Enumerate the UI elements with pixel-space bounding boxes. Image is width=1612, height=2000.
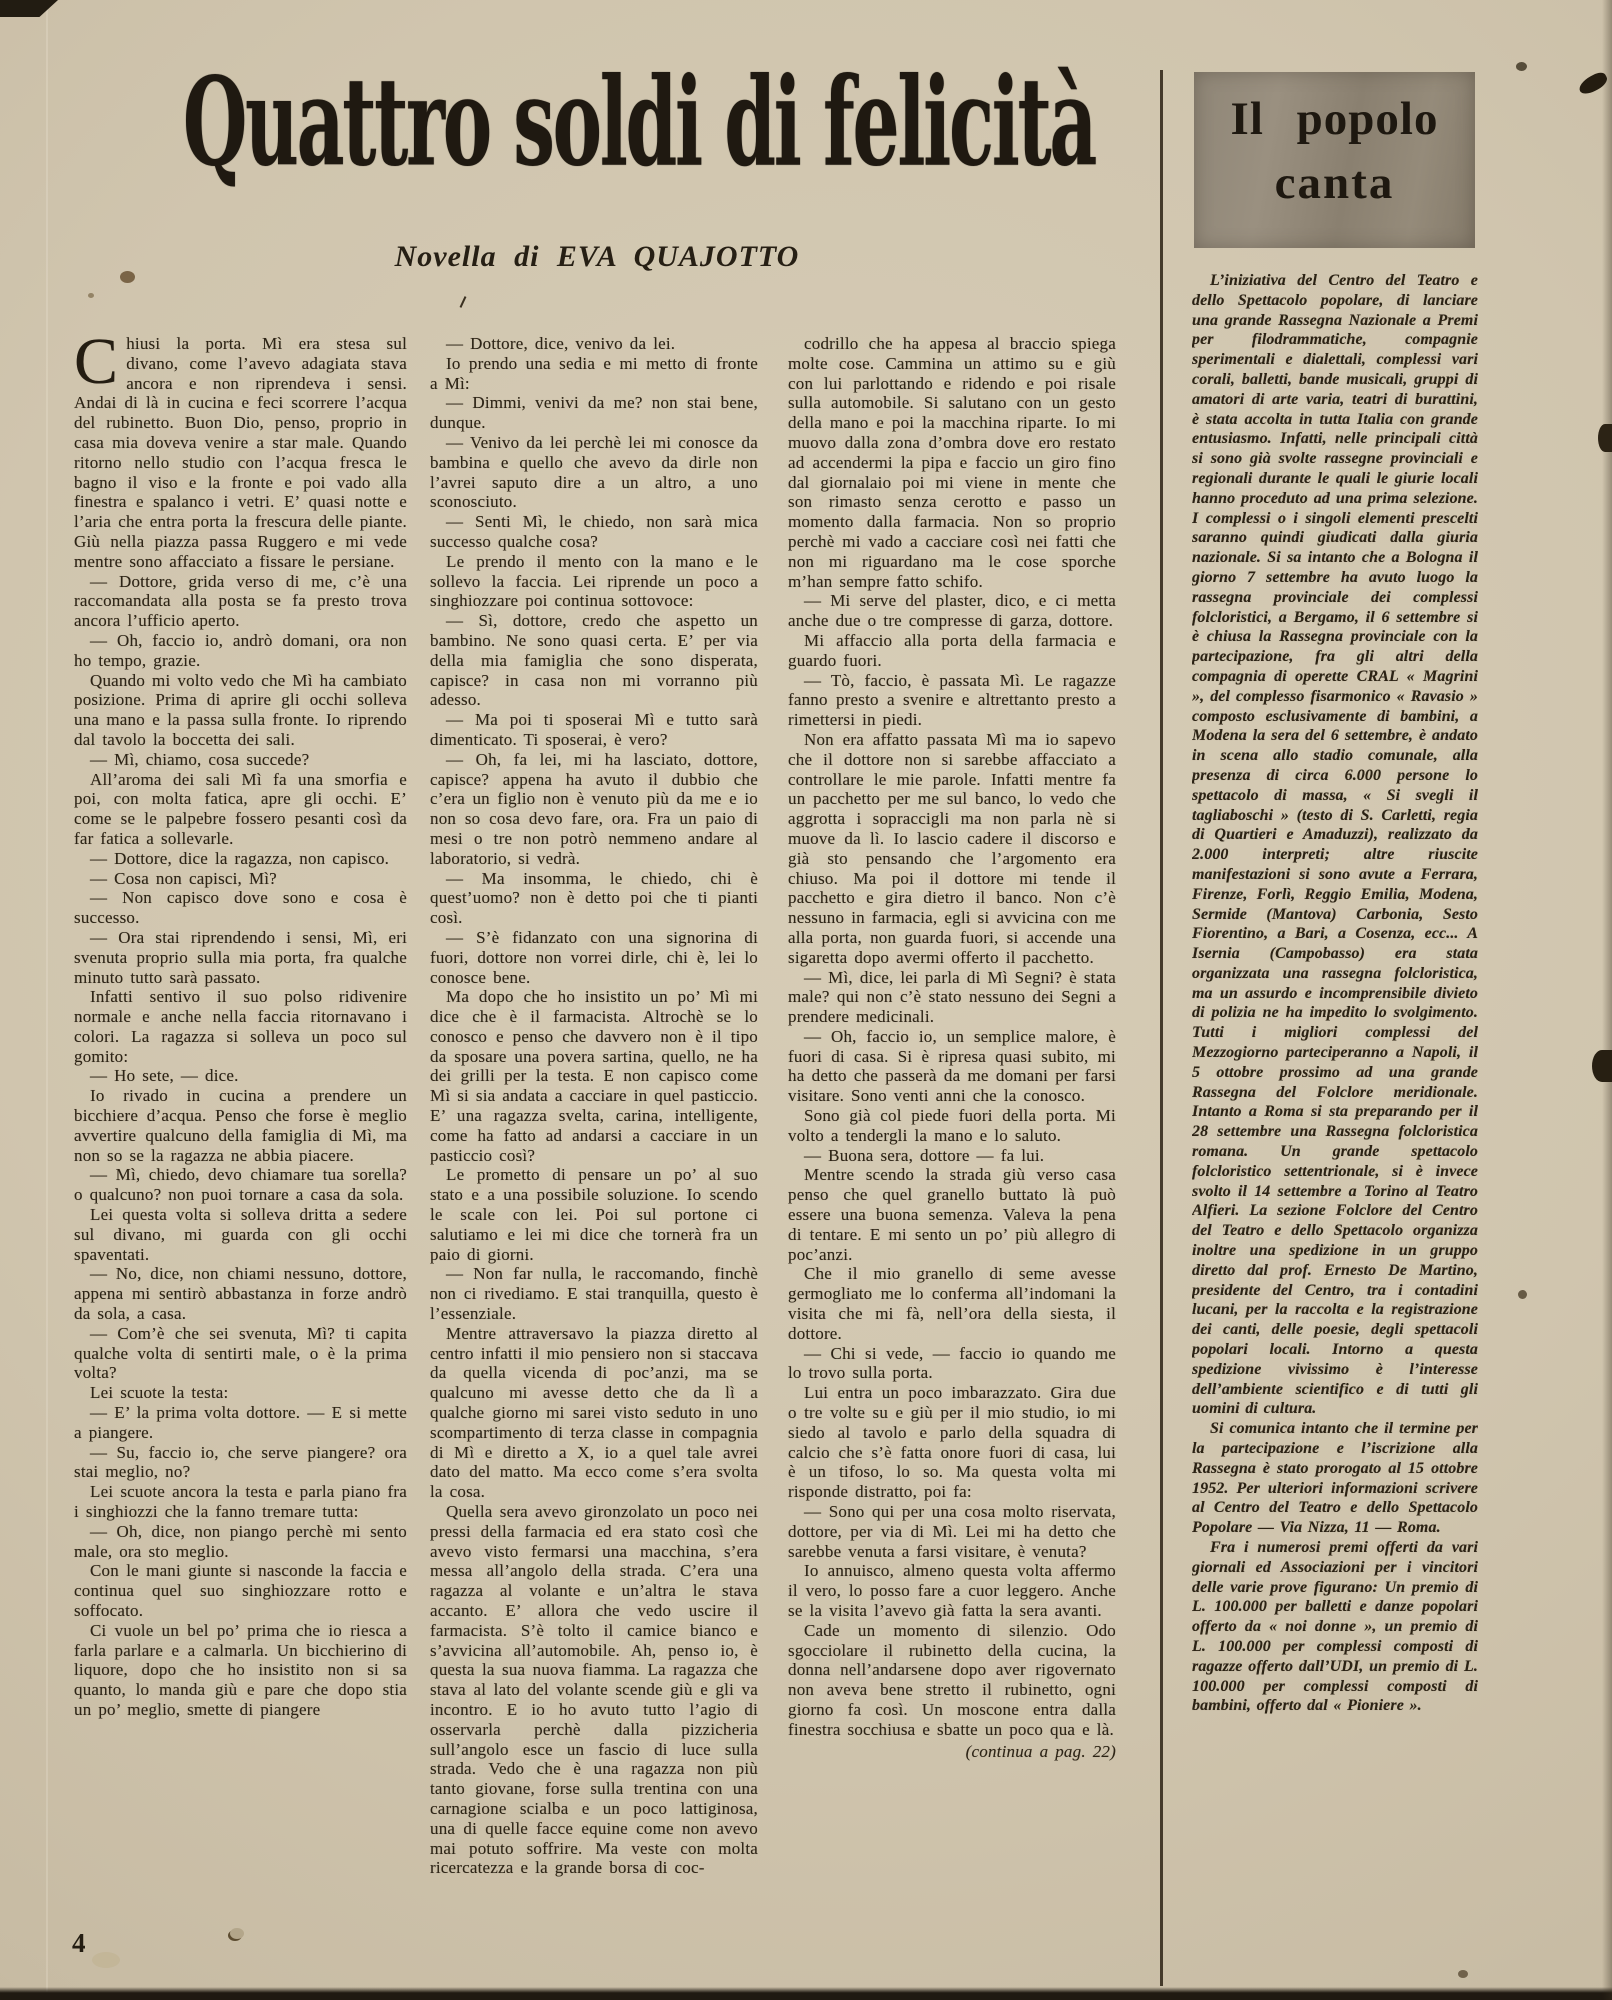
paragraph: — Mì, dice, lei parla di Mì Segni? è sta… <box>788 968 1116 1027</box>
sidebar-article: L’iniziativa del Centro del Teatro e del… <box>1192 271 1478 1971</box>
paragraph: — Senti Mì, le chiedo, non sarà mica suc… <box>430 512 758 552</box>
paragraph: Con le mani giunte si nasconde la faccia… <box>74 1561 407 1620</box>
scan-corner-mark <box>0 0 58 17</box>
lead-paragraph: Chiusi la porta. Mì era stesa sul divano… <box>74 334 407 572</box>
ink-stain <box>1518 1290 1527 1299</box>
column-1-paragraphs: — Dottore, grida verso di me, c’è una ra… <box>74 572 407 1720</box>
paragraph: All’aroma dei sali Mì fa una smorfia e p… <box>74 770 407 849</box>
paragraph: — Venivo da lei perchè lei mi conosce da… <box>430 433 758 512</box>
paragraph: — Su, faccio io, che serve piangere? ora… <box>74 1443 407 1483</box>
ink-stain <box>120 271 135 283</box>
sidebar-paragraph: L’iniziativa del Centro del Teatro e del… <box>1192 271 1478 1419</box>
paper-crease <box>46 0 48 2000</box>
paragraph: — Oh, faccio io, un semplice malore, è f… <box>788 1027 1116 1106</box>
paragraph: — Ora stai riprendendo i sensi, Mì, eri … <box>74 928 407 987</box>
sidebar-paragraph: Fra i numerosi premi offerti da vari gio… <box>1192 1538 1478 1716</box>
paragraph: — Tò, faccio, è passata Mì. Le ragazze f… <box>788 671 1116 730</box>
drop-cap: C <box>74 334 126 388</box>
ink-stain <box>1598 424 1612 452</box>
paragraph: Infatti sentivo il suo polso ridivenire … <box>74 987 407 1066</box>
paragraph: — Ho sete, — dice. <box>74 1066 407 1086</box>
paragraph: — Chi si vede, — faccio io quando me lo … <box>788 1344 1116 1384</box>
paragraph: Mentre scendo la strada giù verso casa p… <box>788 1165 1116 1264</box>
paragraph: — Dottore, grida verso di me, c’è una ra… <box>74 572 407 631</box>
paragraph: — E’ la prima volta dottore. — E si mett… <box>74 1403 407 1443</box>
paragraph: Le prendo il mento con la mano e le soll… <box>430 552 758 611</box>
paragraph: — Mì, chiedo, devo chiamare tua sorella?… <box>74 1165 407 1205</box>
paragraph: — Dottore, dice, venivo da lei. <box>430 334 758 354</box>
paragraph: Non era affatto passata Mì ma io sapevo … <box>788 730 1116 968</box>
paragraph: Lei scuote ancora la testa e parla piano… <box>74 1482 407 1522</box>
paragraph: — Com’è che sei svenuta, Mì? ti capita q… <box>74 1324 407 1383</box>
paragraph: — Mì, chiamo, cosa succede? <box>74 750 407 770</box>
paragraph: Ma dopo che ho insistito un po’ Mì mi di… <box>430 987 758 1165</box>
paragraph: Sono già col piede fuori della porta. Mi… <box>788 1106 1116 1146</box>
paragraph: — Buona sera, dottore — fa lui. <box>788 1146 1116 1166</box>
paragraph: Mi affaccio alla porta della farmacia e … <box>788 631 1116 671</box>
paragraph: — Oh, fa lei, mi ha lasciato, dottore, c… <box>430 750 758 869</box>
paragraph: Lui entra un poco imbarazzato. Gira due … <box>788 1383 1116 1502</box>
sidebar-title-line2: canta <box>1194 156 1475 210</box>
text-column-1: Chiusi la porta. Mì era stesa sul divano… <box>74 334 407 1720</box>
magazine-page: Quattro soldi di felicità Novella di EVA… <box>0 0 1612 2000</box>
paragraph: Lei questa volta si solleva dritta a sed… <box>74 1205 407 1264</box>
article-title: Quattro soldi di felicità <box>183 52 1011 194</box>
paragraph: — Dimmi, venivi da me? non stai bene, du… <box>430 393 758 433</box>
ink-stain <box>88 293 94 298</box>
paragraph: Quella sera avevo gironzolato un poco ne… <box>430 1502 758 1878</box>
paragraph: — Cosa non capisci, Mì? <box>74 869 407 889</box>
page-number: 4 <box>72 1928 86 1959</box>
paper-stain <box>92 1952 120 1968</box>
text-column-3: codrillo che ha appesa al braccio spiega… <box>788 334 1116 1761</box>
paragraph: — No, dice, non chiami nessuno, dottore,… <box>74 1264 407 1323</box>
scan-edge-right <box>1602 0 1612 2000</box>
paragraph: — Dottore, dice la ragazza, non capisco. <box>74 849 407 869</box>
ink-stain <box>1592 1050 1612 1082</box>
paragraph: — Sono qui per una cosa molto riservata,… <box>788 1502 1116 1561</box>
paragraph: codrillo che ha appesa al braccio spiega… <box>788 334 1116 591</box>
column-3-paragraphs: codrillo che ha appesa al braccio spiega… <box>788 334 1116 1740</box>
paragraph: — Oh, dice, non piango perchè mi sento m… <box>74 1522 407 1562</box>
paragraph: — Sì, dottore, credo che aspetto un bamb… <box>430 611 758 710</box>
column-2-paragraphs: — Dottore, dice, venivo da lei.Io prendo… <box>430 334 758 1878</box>
paragraph: Io rivado in cucina a prendere un bicchi… <box>74 1086 407 1165</box>
paragraph: Che il mio granello di seme avesse germo… <box>788 1264 1116 1343</box>
paragraph: Io annuisco, almeno questa volta affermo… <box>788 1561 1116 1620</box>
pen-mark <box>460 296 467 308</box>
paragraph: Io prendo una sedia e mi metto di fronte… <box>430 354 758 394</box>
scan-edge-top <box>0 0 1612 6</box>
paragraph: Quando mi volto vedo che Mì ha cambiato … <box>74 671 407 750</box>
scan-edge-bottom <box>0 1987 1612 2000</box>
paragraph: — S’è fidanzato con una signorina di fuo… <box>430 928 758 987</box>
sidebar-title-line1: Il popolo <box>1194 92 1475 146</box>
ink-stain <box>1458 1970 1468 1978</box>
paragraph: — Non capisco dove sono e cosa è success… <box>74 888 407 928</box>
paragraph: Mentre attraversavo la piazza diretto al… <box>430 1324 758 1502</box>
text-column-2: — Dottore, dice, venivo da lei.Io prendo… <box>430 334 758 1878</box>
paper-chip <box>230 1928 244 1939</box>
paragraph: Cade un momento di silenzio. Odo sgoccio… <box>788 1621 1116 1740</box>
continuation-note: (continua a pag. 22) <box>788 1740 1116 1762</box>
article-byline: Novella di EVA QUAJOTTO <box>66 240 1128 274</box>
paragraph: — Mi serve del plaster, dico, e ci metta… <box>788 591 1116 631</box>
column-divider-rule <box>1160 70 1163 1986</box>
paragraph: Ci vuole un bel po’ prima che io riesca … <box>74 1621 407 1720</box>
sidebar-header-box: Il popolo canta <box>1194 72 1475 248</box>
sidebar-paragraph: Si comunica intanto che il termine per l… <box>1192 1419 1478 1538</box>
ink-stain <box>1516 62 1527 71</box>
paragraph: Lei scuote la testa: <box>74 1383 407 1403</box>
paragraph: — Ma insomma, le chiedo, chi è quest’uom… <box>430 869 758 928</box>
paragraph: — Oh, faccio io, andrò domani, ora non h… <box>74 631 407 671</box>
paragraph: — Non far nulla, le raccomando, finchè n… <box>430 1264 758 1323</box>
paragraph: — Ma poi ti sposerai Mì e tutto sarà dim… <box>430 710 758 750</box>
paragraph: Le prometto di pensare un po’ al suo sta… <box>430 1165 758 1264</box>
